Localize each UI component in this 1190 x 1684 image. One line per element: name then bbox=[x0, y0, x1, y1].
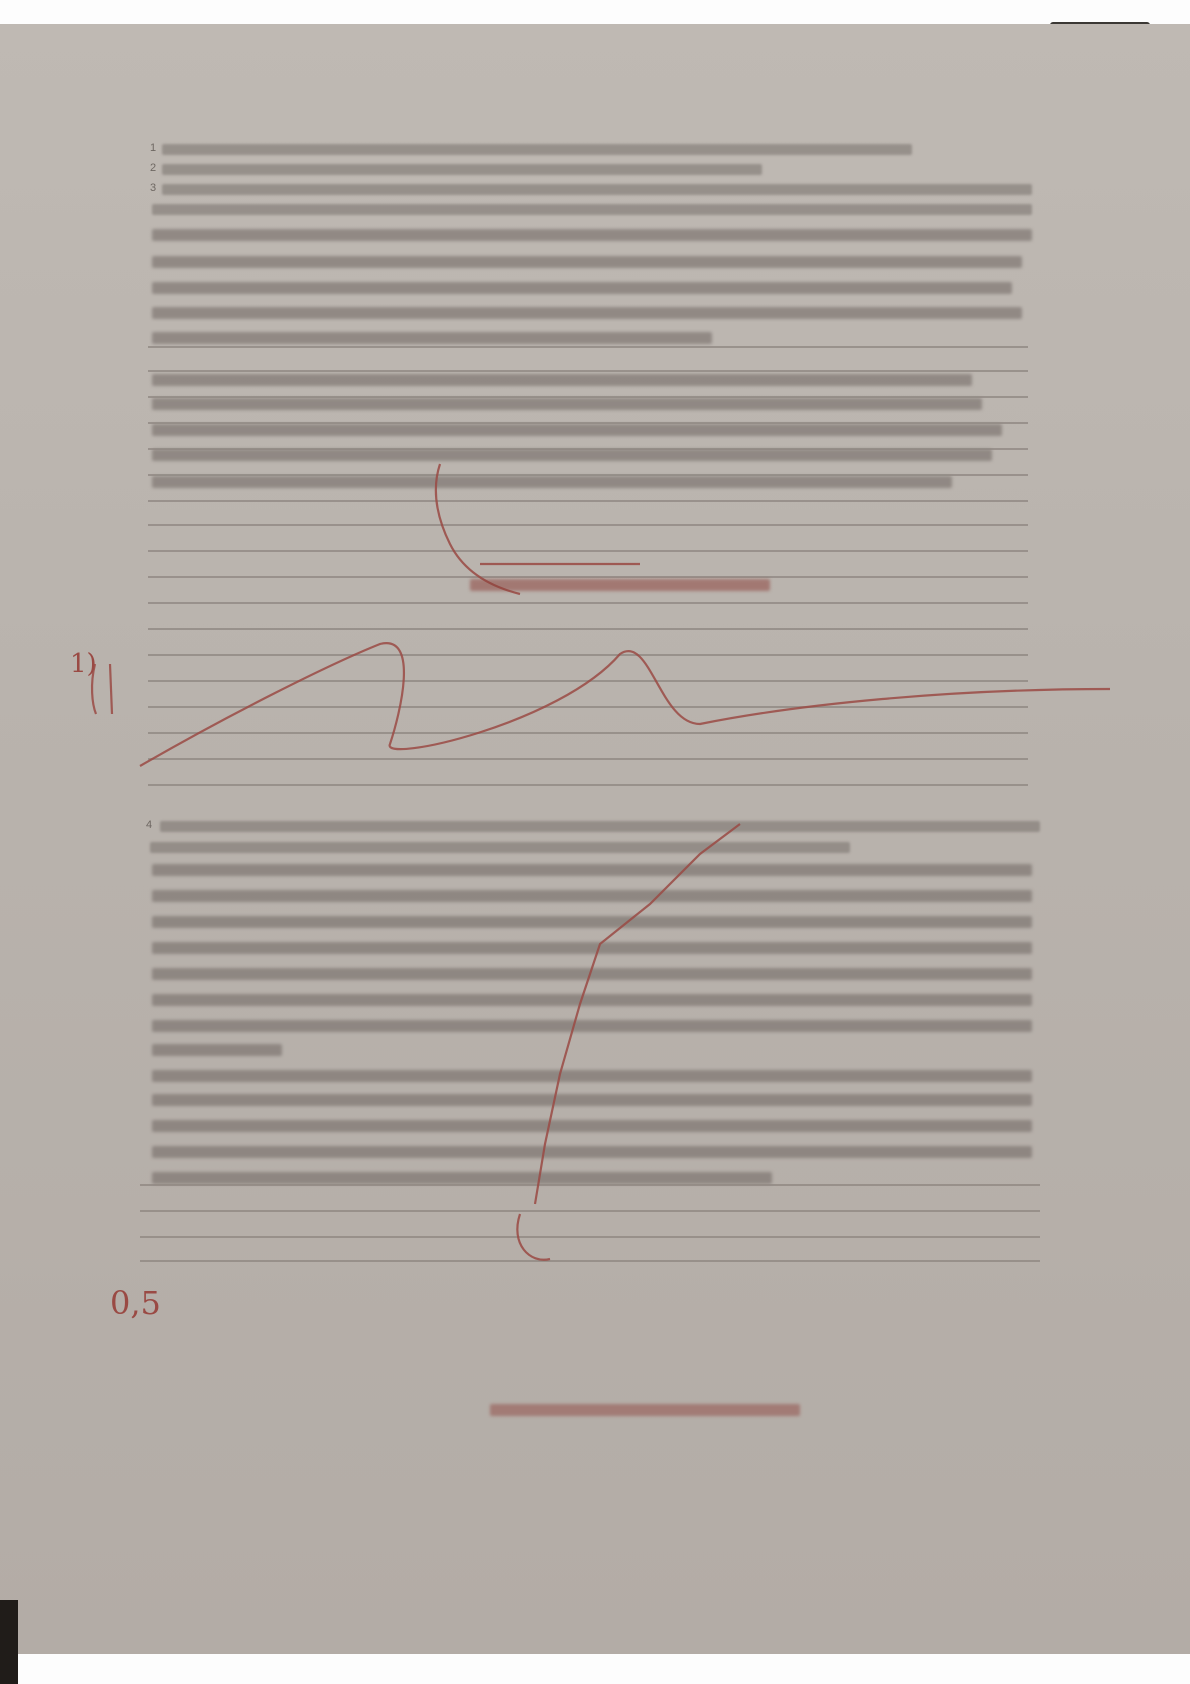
score-mark: 0,5 bbox=[110, 1284, 161, 1322]
exam-sheet: 1 2 3 4 bbox=[0, 24, 1190, 1654]
photo-shadow bbox=[0, 1600, 18, 1684]
photo-border-top bbox=[0, 0, 1190, 24]
red-comment-mid bbox=[470, 579, 770, 591]
red-comment-bottom bbox=[490, 1404, 800, 1416]
photo-border-bottom bbox=[0, 1654, 1190, 1684]
margin-mark-q3: 1) bbox=[70, 649, 97, 679]
